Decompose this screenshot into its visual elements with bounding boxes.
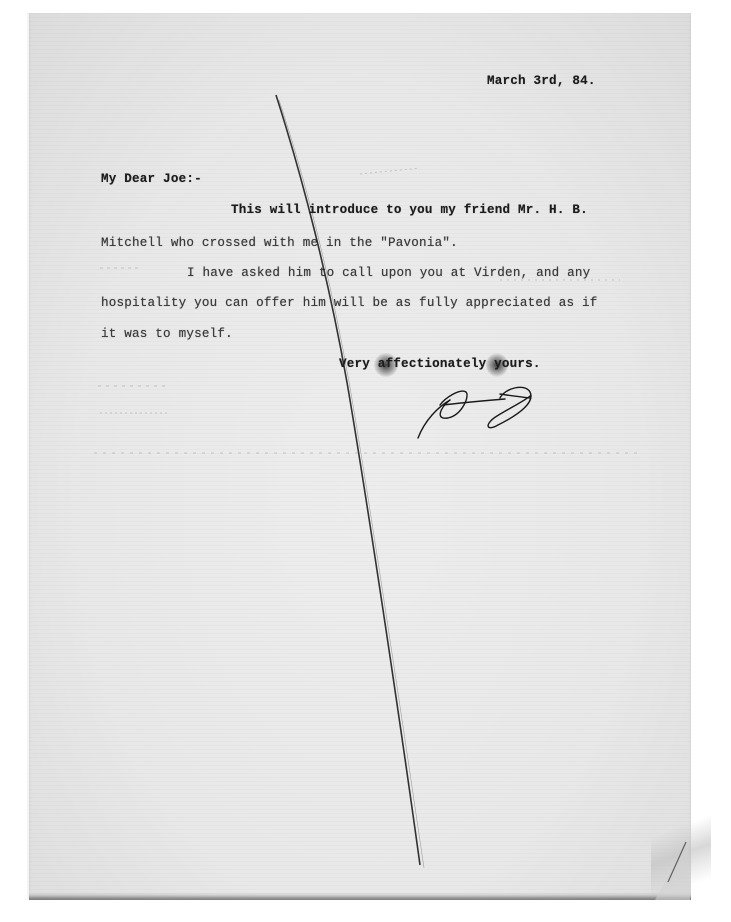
ink-smudge [486, 353, 508, 377]
letter-body-line-4: hospitality you can offer him will be as… [101, 296, 597, 310]
ink-smudge [374, 353, 398, 377]
letter-body-line-5: it was to myself. [101, 327, 233, 341]
letter-salutation: My Dear Joe:- [101, 172, 202, 186]
letter-body-line-1: This will introduce to you my friend Mr.… [231, 203, 588, 217]
letter-page [27, 13, 691, 900]
letter-date: March 3rd, 84. [487, 74, 596, 88]
letter-body-line-2: Mitchell who crossed with me in the "Pav… [101, 236, 458, 250]
letter-body-line-3: I have asked him to call upon you at Vir… [187, 266, 590, 280]
letter-closing: Very affectionately yours. [339, 357, 541, 371]
